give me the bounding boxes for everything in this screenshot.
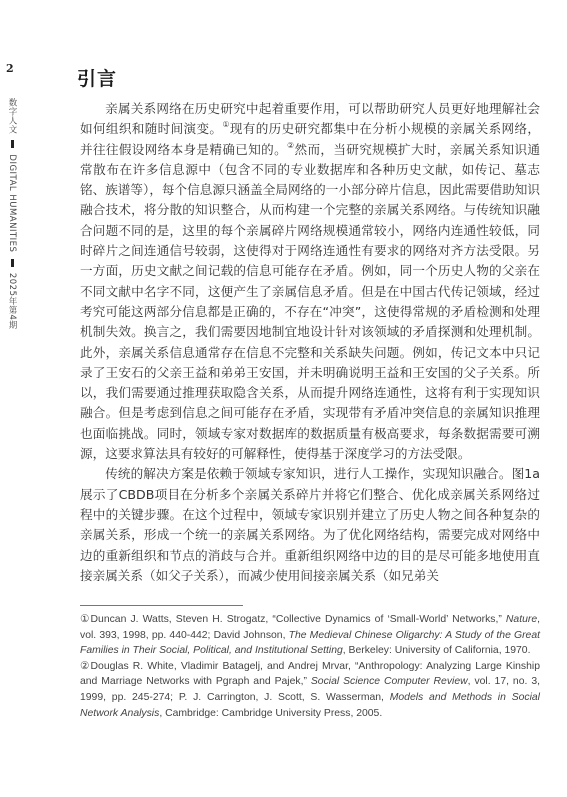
body-text: 亲属关系网络在历史研究中起着重要作用，可以帮助研究人员更好地理解社会如何组织和随… <box>80 99 540 586</box>
paragraph-2: 传统的解决方案是依赖于领域专家知识，进行人工操作，实现知识融合。图1a展示了CB… <box>80 464 540 586</box>
footnote-1: ①Duncan J. Watts, Steven H. Strogatz, “C… <box>80 612 540 659</box>
journal-issue: 2025年第4期 <box>7 273 17 330</box>
running-header: 数字人文 DIGITAL HUMANITIES 2025年第4期 <box>4 98 18 329</box>
footnote-marker: ② <box>80 661 91 672</box>
separator-bar <box>11 140 14 148</box>
footnote-journal: Nature <box>506 614 537 625</box>
footnote-text: , Cambridge: Cambridge University Press,… <box>159 708 382 719</box>
page-number: 2 <box>6 62 14 75</box>
journal-title-cn: 数字人文 <box>7 98 17 134</box>
journal-title-en: DIGITAL HUMANITIES <box>7 154 17 252</box>
text-segment: 传统的解决方案是依赖于领域专家知识，进行人工操作，实现知识融合。图1a展示了CB… <box>80 466 540 582</box>
footnote-ref-2[interactable]: ② <box>287 141 295 150</box>
text-segment: 然而，当研究规模扩大时，亲属关系知识通常散布在许多信息源中（包含不同的专业数据库… <box>80 142 540 461</box>
section-title: 引言 <box>77 64 117 91</box>
separator-bar <box>11 259 14 267</box>
footnote-text: Duncan J. Watts, Steven H. Strogatz, “Co… <box>91 614 506 625</box>
footnotes: ①Duncan J. Watts, Steven H. Strogatz, “C… <box>80 612 540 721</box>
footnote-marker: ① <box>80 614 91 625</box>
footnote-ref-1[interactable]: ① <box>222 120 230 129</box>
paragraph-1: 亲属关系网络在历史研究中起着重要作用，可以帮助研究人员更好地理解社会如何组织和随… <box>80 99 540 464</box>
footnote-2: ②Douglas R. White, Vladimir Batagelj, an… <box>80 659 540 721</box>
footnote-divider <box>80 605 243 606</box>
footnote-journal: Social Science Computer Review <box>311 676 468 687</box>
footnote-text: , Berkeley: University of California, 19… <box>343 645 531 656</box>
